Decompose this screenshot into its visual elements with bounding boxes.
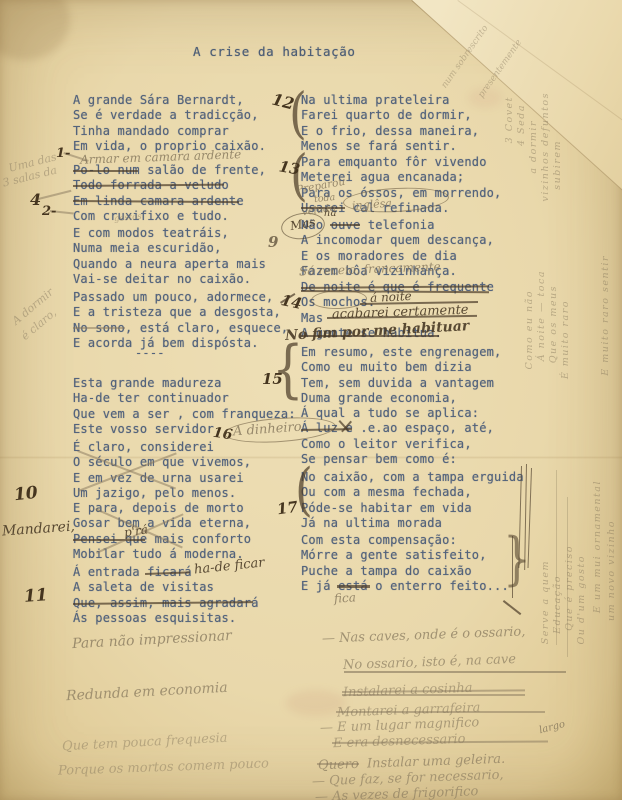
poem-line: Não ouve telefonia — [301, 218, 494, 233]
poem-line: E a tristeza que a desgosta, — [73, 305, 288, 320]
stanza-number-15: 15 — [262, 370, 283, 388]
margin-note-vertical: É muito raro — [560, 300, 571, 379]
poem-line: Mórre a gente satisfeito, — [301, 548, 509, 563]
margin-number-2: 2- — [42, 204, 56, 219]
poem-line: Como o leitor verifica, — [301, 437, 494, 452]
annotation-a-noite: á noite — [370, 289, 412, 305]
stanza-left-3: E com modos teatráis,Numa meia escuridão… — [73, 226, 266, 287]
poem-line: Menos se fará sentir. — [301, 139, 479, 154]
stanza-left-8: Á entrada ficaráA saleta de visitasQue, … — [73, 565, 259, 626]
margin-line — [503, 600, 521, 615]
strike-mark — [336, 711, 545, 713]
margin-number-1: 1- — [56, 146, 70, 161]
annotation-largo: largo — [538, 719, 566, 736]
margin-line — [512, 536, 513, 598]
margin-note-vertical: Ou d'um gosto — [576, 555, 587, 644]
poem-line: Com cruxifixo e tudo. — [73, 209, 266, 224]
stanza-right-6: Á qual a tudo se aplica:Á luz e .e.ao es… — [301, 406, 494, 467]
stanza-left-2: Po-lo num salão de frente,Todo forrada a… — [73, 163, 266, 224]
footnote-line: Que tem pouca frequesia — [62, 731, 228, 755]
poem-line: No caixão, com a tampa erguida — [301, 470, 524, 485]
annotation-ha: ha — [324, 208, 336, 219]
poem-line: Já na ultima morada — [301, 516, 524, 531]
stanza-right-8: Com esta compensação:Mórre a gente satis… — [301, 533, 509, 594]
stanza-right-7: No caixão, com a tampa erguidaOu com a m… — [301, 470, 524, 531]
footnote-line: Para não impressionar — [72, 628, 233, 652]
poem-line: Com esta compensação: — [301, 533, 509, 548]
margin-note-vertical: Serve a quem — [540, 560, 551, 644]
margin-note-vertical: E muito raro sentir — [600, 255, 611, 376]
stanza-number-9: 9 — [268, 233, 278, 251]
stanza-number-13: 13 — [278, 157, 302, 178]
stanza-right-5: Em resumo, este engrenagem,Como eu muito… — [301, 345, 501, 406]
margin-note-vertical: subirem — [552, 140, 563, 190]
poem-line: Se pensar bem como é: — [301, 452, 494, 467]
strike-mark — [73, 170, 138, 172]
poem-line: Ou com a mesma fechada, — [301, 485, 524, 500]
annotation-fica: fica — [334, 590, 357, 605]
poem-line: Se é verdade a tradicção, — [73, 108, 266, 123]
poem-line: E acorda já bem dispósta. — [73, 336, 288, 351]
stanza-number-17: 17 — [276, 498, 299, 519]
manuscript-page: A crise da habitação A grande Sára Berna… — [0, 0, 622, 800]
margin-number-11: 11 — [23, 585, 48, 607]
margin-note-vertical: Educação — [552, 575, 563, 634]
margin-note-vertical: Á noite — toca — [536, 270, 547, 361]
footnote-line: No ossario, isto é, na cave — [343, 652, 516, 673]
poem-line: E com modos teatráis, — [73, 226, 266, 241]
margin-note-vertical: Que é preciso — [564, 545, 575, 631]
poem-line: Um jazigo, pelo menos. — [73, 486, 251, 501]
poem-line: Ha-de ter continuador — [73, 391, 296, 406]
poem-line: Quando a neura aperta mais — [73, 257, 266, 272]
poem-title: A crise da habitação — [193, 44, 356, 59]
poem-line: Á qual a tudo se aplica: — [301, 406, 494, 421]
strike-mark — [342, 694, 525, 696]
margin-note-vertical: a dormir — [528, 120, 539, 174]
stanza-left-4: Passado um pouco, adormece,E a tristeza … — [73, 290, 288, 351]
margin-number-4: 4 — [30, 190, 41, 209]
margin-note-vertical: 4 Seda — [516, 104, 527, 146]
footnote-line: Porque os mortos comem pouco — [58, 756, 269, 778]
stanza-divider: ---- — [135, 346, 165, 361]
strike-mark — [330, 224, 360, 226]
poem-line: E o frio, dessa maneira, — [301, 124, 479, 139]
stanza-left-6: É claro, considereiO século em que vivem… — [73, 440, 251, 501]
poem-line: Vai-se deitar no caixão. — [73, 272, 266, 287]
margin-note-vertical: vizinhos defuntos — [540, 92, 551, 202]
poem-line: A incomodar quem descança, — [301, 233, 494, 248]
poem-line: Ás pessoas esquisitas. — [73, 611, 259, 626]
strike-mark — [73, 539, 145, 541]
poem-line: E já está o enterro feito... — [301, 579, 509, 594]
stanza-brace: { — [272, 338, 304, 401]
poem-line: Farei quarto de dormir, — [301, 108, 479, 123]
poem-line: Póde-se habitar em vida — [301, 501, 524, 516]
poem-line: E para, depois de morto — [73, 501, 251, 516]
poem-line: Em resumo, este engrenagem, — [301, 345, 501, 360]
poem-line: Na ultima prateleira — [301, 93, 479, 108]
strike-mark — [73, 327, 125, 329]
strike-mark — [317, 763, 359, 765]
poem-line: A saleta de visitas — [73, 580, 259, 595]
poem-line: Tem, sem duvida a vantagem — [301, 376, 501, 391]
poem-line: Como eu muito bem dizia — [301, 360, 501, 375]
footnote-line: — Nas caves, onde é o ossario, — [322, 624, 526, 646]
poem-line: Para emquanto fôr vivendo — [301, 155, 501, 170]
poem-line: Passado um pouco, adormece, — [73, 290, 288, 305]
annotation-mandarei: Mandarei, — [2, 518, 76, 539]
stanza-number-12: 12 — [270, 90, 296, 114]
strike-mark — [337, 585, 370, 588]
margin-note-vertical: Que os meus — [548, 285, 559, 363]
poem-line: Puche a tampa do caixão — [301, 564, 509, 579]
stanza-right-1: Na ultima prateleiraFarei quarto de dorm… — [301, 93, 479, 154]
poem-line: Numa meia escuridão, — [73, 241, 266, 256]
margin-note-vertical: E um mui ornamental — [592, 480, 603, 613]
stanza-left-1: A grande Sára Bernardt,Se é verdade a tr… — [73, 93, 266, 154]
annotation-inglesa: inglêsa — [352, 197, 393, 213]
footnote-line: Redunda em economia — [66, 680, 228, 704]
margin-note-vertical: 3 Covet — [504, 96, 515, 143]
margin-number-10: 10 — [13, 483, 39, 505]
poem-line: A grande Sára Bernardt, — [73, 93, 266, 108]
margin-note-vertical: um novo vizinho — [606, 520, 617, 621]
connector-line — [38, 190, 71, 200]
margin-note-vertical: Como eu não — [524, 290, 535, 370]
paper-stain — [0, 0, 70, 60]
poem-line: Duma grande economia, — [301, 391, 501, 406]
poem-line: Tinha mandado comprar — [73, 124, 266, 139]
underline-mark — [344, 671, 566, 673]
